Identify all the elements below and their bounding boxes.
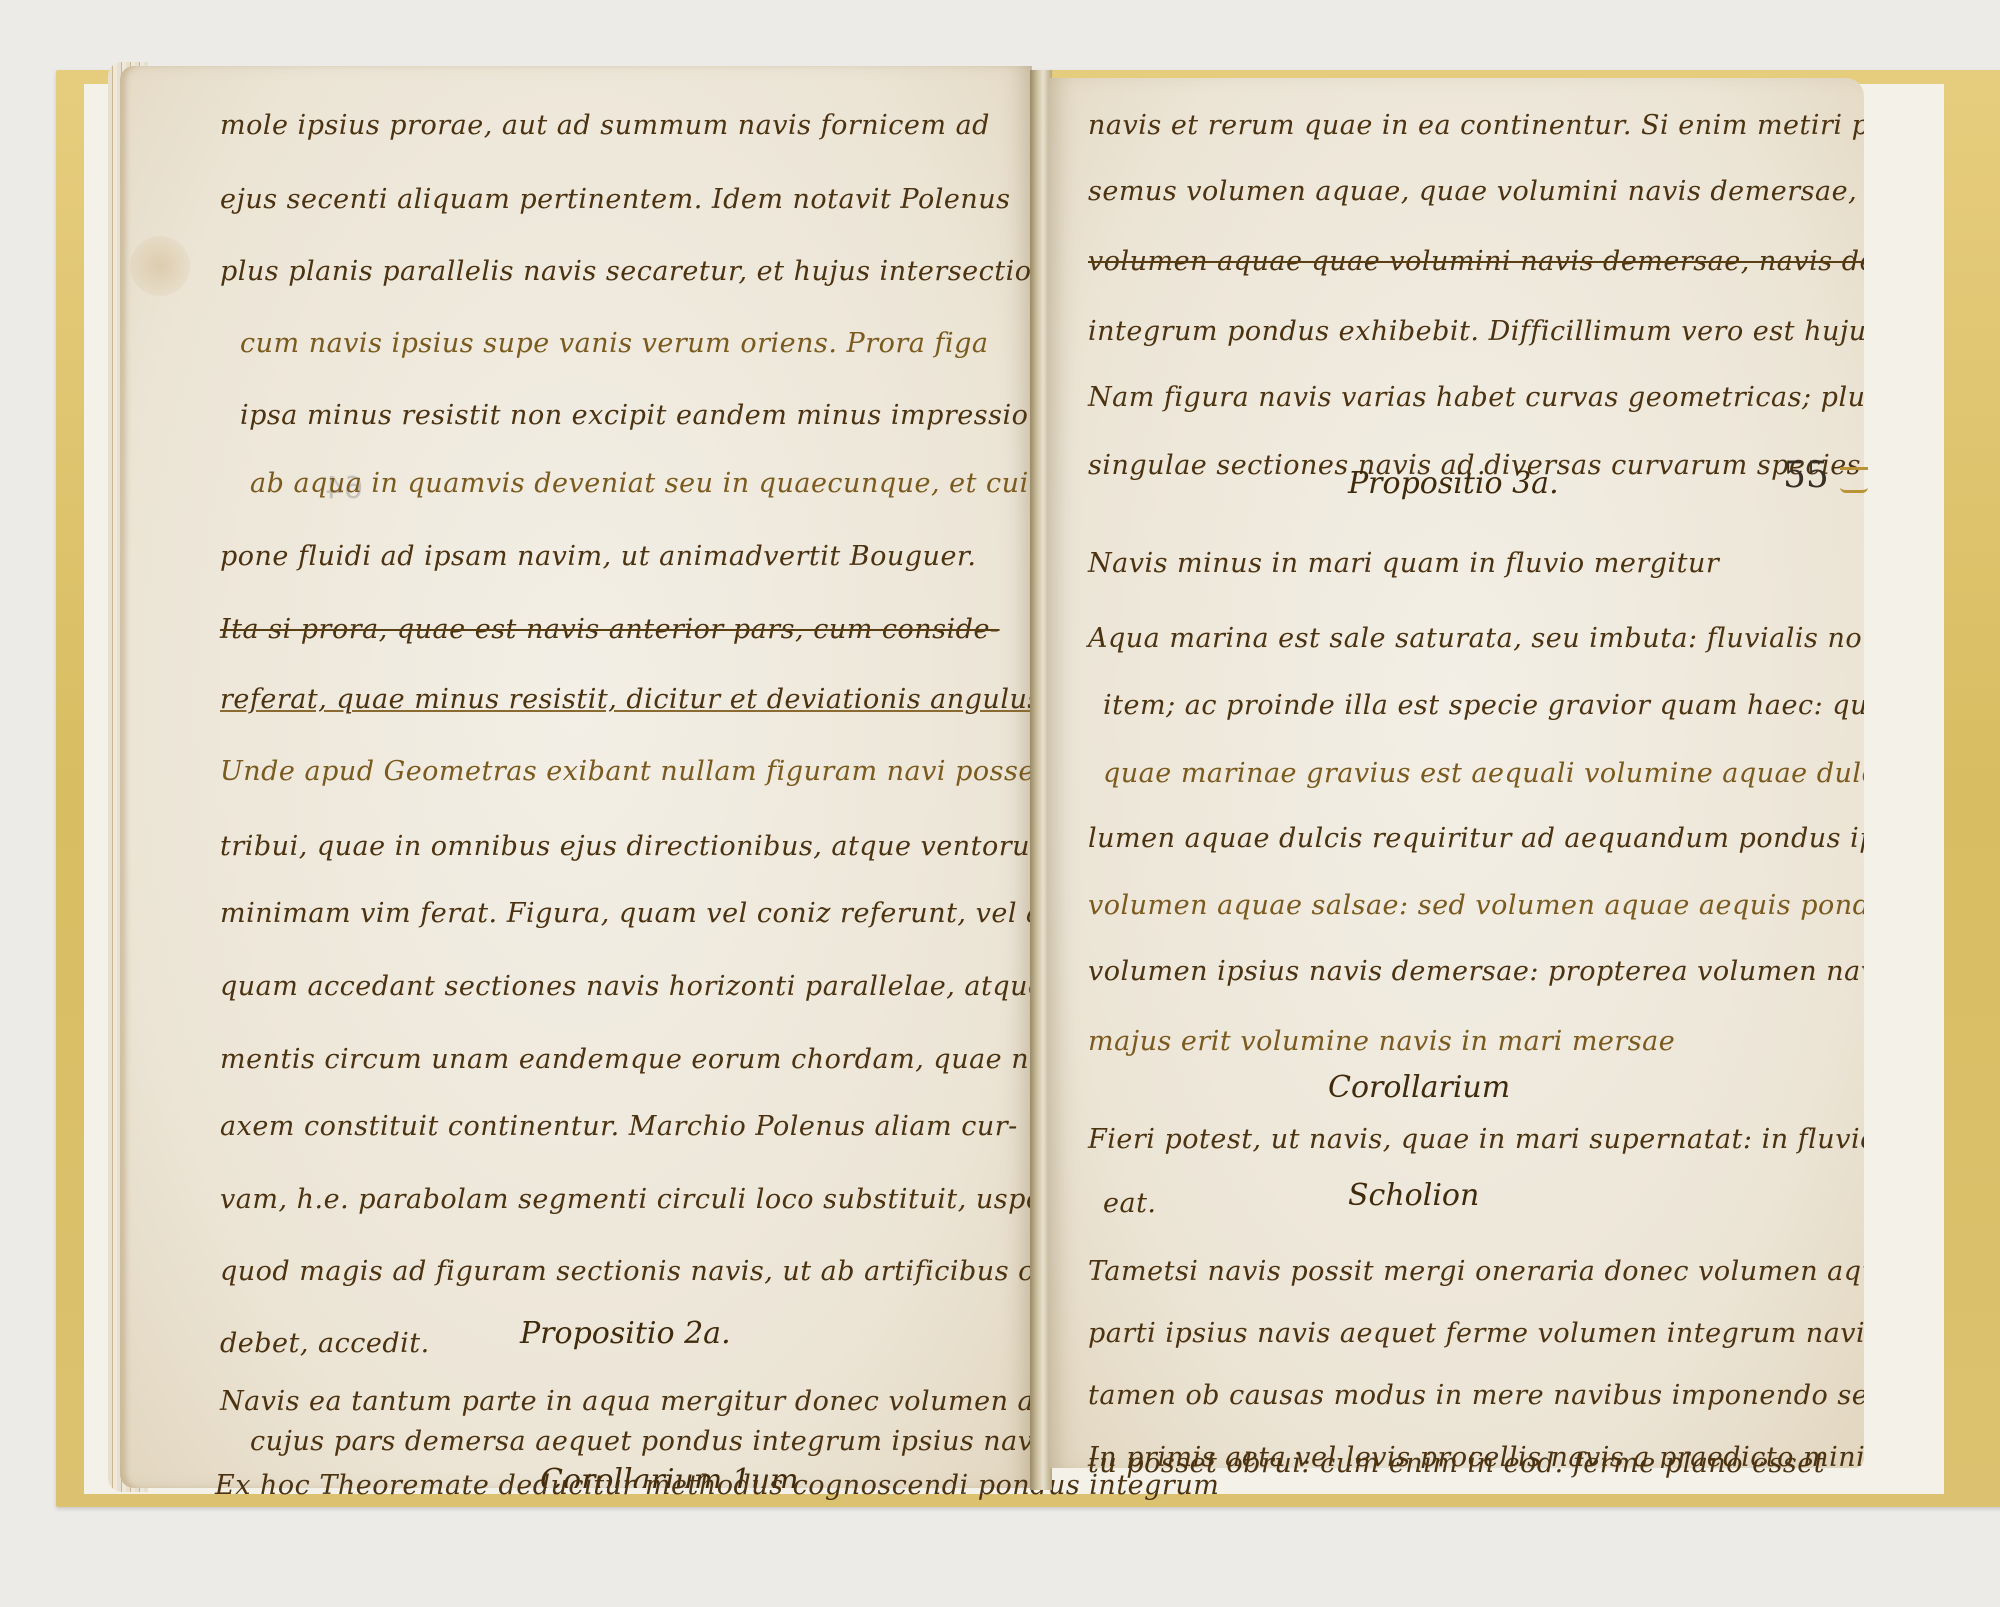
- text-line: mentis circum unam eandemque eorum chord…: [220, 1044, 1032, 1075]
- text-line: majus erit volumine navis in mari mersae: [1088, 1026, 1675, 1057]
- text-line: semus volumen aquae, quae volumini navis…: [1088, 176, 1864, 207]
- text-line: tamen ob causas modus in mere navibus im…: [1088, 1380, 1864, 1411]
- left-page: 64 mole ipsius prorae, aut ad summum nav…: [120, 66, 1032, 1488]
- text-line: Aqua marina est sale saturata, seu imbut…: [1088, 623, 1864, 654]
- right-page: navis et rerum quae in ea continentur. S…: [1048, 78, 1864, 1468]
- text-line: Fieri potest, ut navis, quae in mari sup…: [1088, 1124, 1864, 1155]
- scholion-heading: Scholion: [1348, 1178, 1479, 1213]
- text-line: cum navis ipsius supe vanis verum oriens…: [240, 328, 988, 359]
- ink-stain: [130, 236, 190, 296]
- text-line: volumen ipsius navis demersae: propterea…: [1088, 956, 1864, 987]
- text-line: quam accedant sectiones navis horizonti …: [220, 971, 1032, 1002]
- text-line: tu posset obrui: cum enim in eod. ferme …: [1088, 1448, 1825, 1479]
- text-line: eat.: [1103, 1188, 1157, 1219]
- text-line: Ex hoc Theoremate deducitur methodus cog…: [215, 1470, 1219, 1501]
- text-line: Navis ea tantum parte in aqua mergitur d…: [220, 1386, 1032, 1417]
- struck-text-line: Ita si prora, quae est navis anterior pa…: [220, 614, 1000, 645]
- text-line: ab aqua in quamvis deveniat seu in quaec…: [250, 468, 1032, 499]
- struck-text-line: volumen aquae quae volumini navis demers…: [1088, 246, 1864, 277]
- text-line: debet, accedit.: [220, 1328, 430, 1359]
- folio-pencil-mark: [1840, 467, 1868, 493]
- text-line: ejus secenti aliquam pertinentem. Idem n…: [220, 184, 1011, 215]
- text-line: plus planis parallelis navis secaretur, …: [220, 256, 1032, 287]
- text-line: Unde apud Geometras exibant nullam figur…: [220, 756, 1032, 787]
- text-line: mole ipsius prorae, aut ad summum navis …: [220, 110, 990, 141]
- text-line: parti ipsius navis aequet ferme volumen …: [1088, 1318, 1864, 1349]
- text-line: Tametsi navis possit mergi oneraria done…: [1088, 1256, 1864, 1287]
- proposition-heading: Propositio 3a.: [1348, 466, 1559, 501]
- text-line: vam, h.e. parabolam segmenti circuli loc…: [220, 1184, 1032, 1215]
- text-line: item; ac proinde illa est specie gravior…: [1103, 690, 1864, 721]
- text-line: axem constituit continentur. Marchio Pol…: [220, 1111, 1018, 1142]
- text-line: lumen aquae dulcis requiritur ad aequand…: [1088, 823, 1864, 854]
- text-line: tribui, quae in omnibus ejus directionib…: [220, 831, 1032, 862]
- text-line: volumen aquae salsae: sed volumen aquae …: [1088, 890, 1864, 921]
- folio-number: 55: [1783, 455, 1829, 496]
- text-line: Navis minus in mari quam in fluvio mergi…: [1088, 548, 1719, 579]
- proposition-heading: Propositio 2a.: [520, 1316, 731, 1351]
- text-line: Nam figura navis varias habet curvas geo…: [1088, 382, 1864, 413]
- text-line: quod magis ad figuram sectionis navis, u…: [220, 1256, 1032, 1287]
- text-line: cujus pars demersa aequet pondus integru…: [250, 1426, 1032, 1457]
- text-line: navis et rerum quae in ea continentur. S…: [1088, 110, 1864, 141]
- text-line: integrum pondus exhibebit. Difficillimum…: [1088, 316, 1864, 347]
- corollary-heading: Corollarium: [1328, 1070, 1510, 1105]
- text-line: ipsa minus resistit non excipit eandem m…: [240, 400, 1028, 431]
- text-line: quae marinae gravius est aequali volumin…: [1103, 758, 1864, 789]
- text-line: pone fluidi ad ipsam navim, ut animadver…: [220, 541, 976, 572]
- text-line: minimam vim ferat. Figura, quam vel coni…: [220, 898, 1032, 929]
- underlined-text-line: referat, quae minus resistit, dicitur et…: [220, 684, 1032, 715]
